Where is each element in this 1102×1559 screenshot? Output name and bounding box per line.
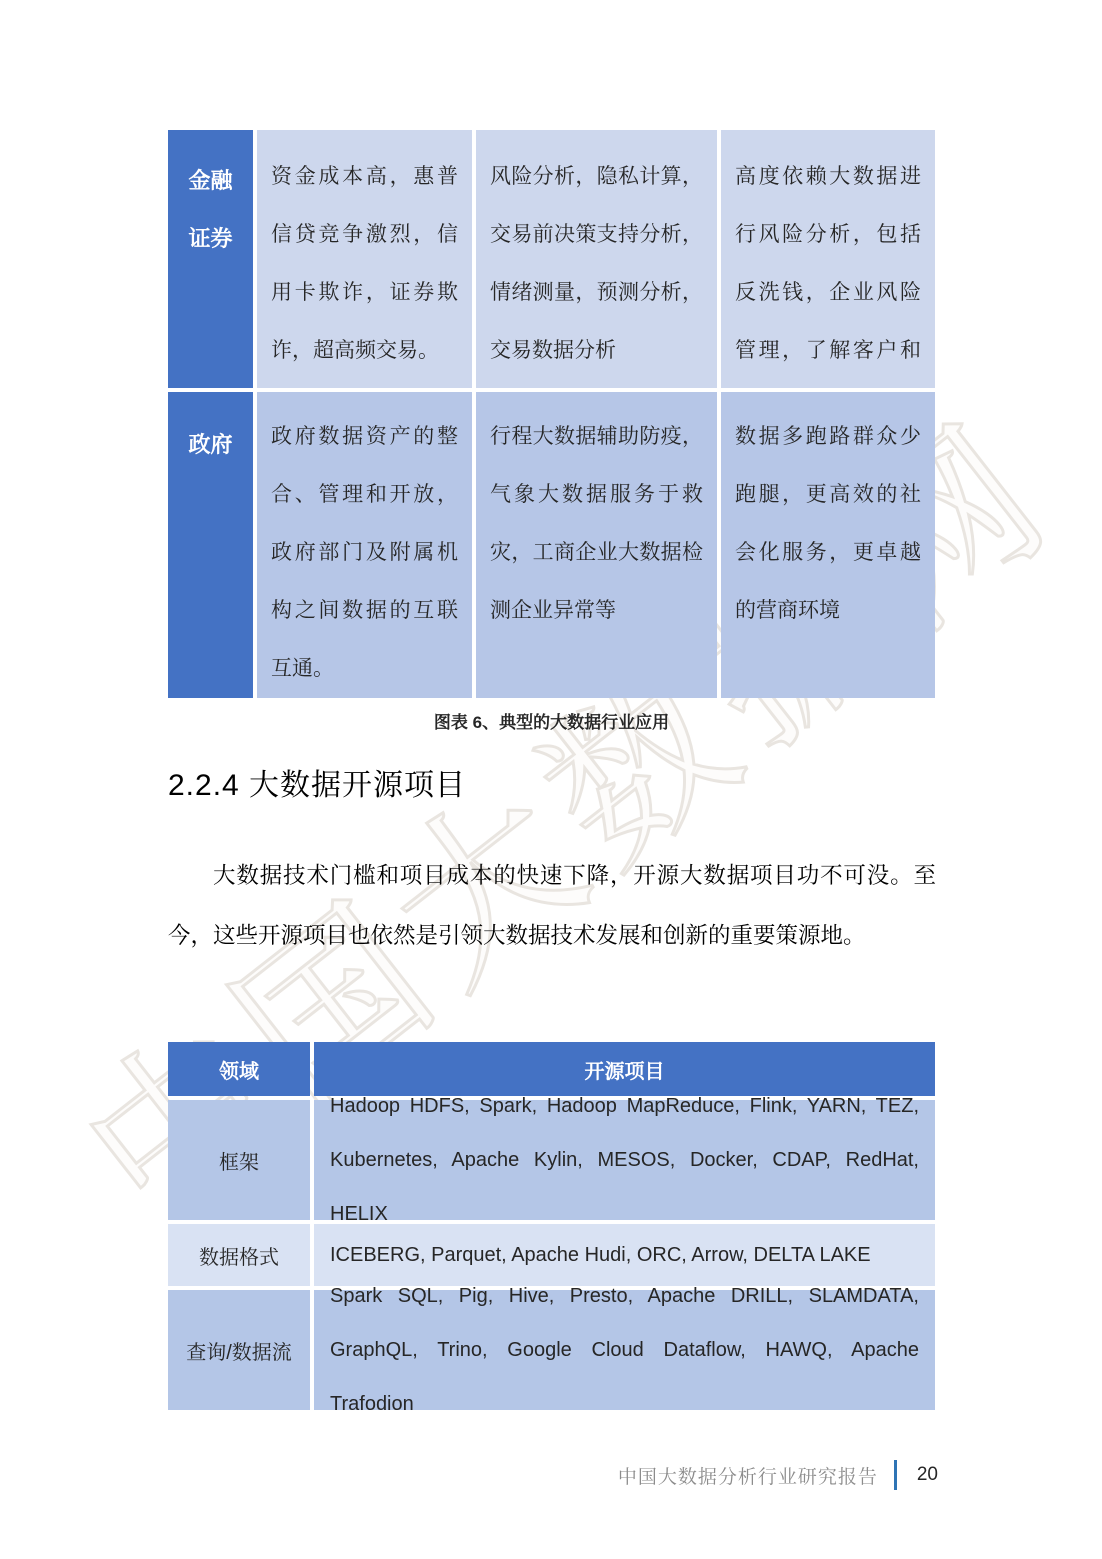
cell-reliance: 高度依赖大数据进行风险分析，包括反洗钱，企业风险管理，了解客户和减少欺诈	[721, 130, 935, 388]
cell-applications: 行程大数据辅助防疫，气象大数据服务于救灾，工商企业大数据检测企业异常等	[476, 392, 717, 698]
row-value-framework: Hadoop HDFS, Spark, Hadoop MapReduce, Fl…	[314, 1100, 935, 1220]
page-footer: 中国大数据分析行业研究报告 20	[400, 1455, 940, 1495]
row-label-framework: 框架	[168, 1100, 310, 1220]
report-page: 中国大数据网 金融 证券 资金成本高，惠普信贷竞争激烈，信用卡欺诈，证券欺诈，超…	[0, 0, 1102, 1559]
industry-application-table: 金融 证券 资金成本高，惠普信贷竞争激烈，信用卡欺诈，证券欺诈，超高频交易。 风…	[168, 130, 935, 698]
footer-divider-bar	[894, 1460, 897, 1490]
row-category-finance: 金融 证券	[168, 130, 253, 388]
row-label-query-dataflow: 查询/数据流	[168, 1290, 310, 1410]
cell-pain-points: 政府数据资产的整合、管理和开放，政府部门及附属机构之间数据的互联互通。	[257, 392, 472, 698]
cell-pain-points: 资金成本高，惠普信贷竞争激烈，信用卡欺诈，证券欺诈，超高频交易。	[257, 130, 472, 388]
section-heading: 2.2.4 大数据开源项目	[168, 760, 466, 804]
opensource-projects-table: 领域 开源项目 框架 Hadoop HDFS, Spark, Hadoop Ma…	[168, 1042, 935, 1410]
cell-text: Hadoop HDFS, Spark, Hadoop MapReduce, Fl…	[330, 1079, 919, 1241]
cell-applications: 风险分析，隐私计算，交易前决策支持分析，情绪测量，预测分析，交易数据分析	[476, 130, 717, 388]
column-header-domain: 领域	[168, 1042, 310, 1096]
row-category-government: 政府	[168, 392, 253, 698]
cell-text: Spark SQL, Pig, Hive, Presto, Apache DRI…	[330, 1269, 919, 1431]
figure-caption: 图表 6、典型的大数据行业应用	[168, 708, 935, 733]
row-label-data-format: 数据格式	[168, 1224, 310, 1286]
category-line: 证券	[168, 210, 253, 268]
category-line: 政府	[168, 416, 253, 474]
footer-report-title: 中国大数据分析行业研究报告	[618, 1462, 878, 1489]
body-paragraph: 大数据技术门槛和项目成本的快速下降，开源大数据项目功不可没。至今，这些开源项目也…	[168, 846, 936, 966]
cell-reliance: 数据多跑路群众少跑腿，更高效的社会化服务，更卓越的营商环境	[721, 392, 935, 698]
page-number: 20	[917, 1464, 938, 1486]
row-value-query-dataflow: Spark SQL, Pig, Hive, Presto, Apache DRI…	[314, 1290, 935, 1410]
category-line: 金融	[168, 152, 253, 210]
